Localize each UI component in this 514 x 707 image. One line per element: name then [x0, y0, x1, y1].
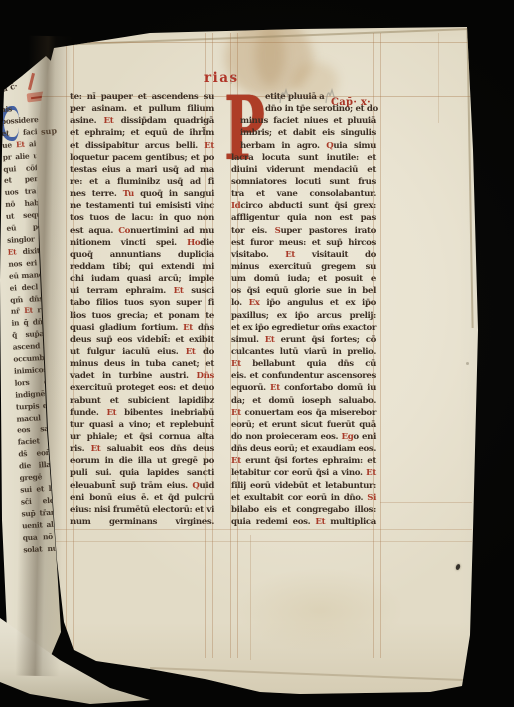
- ruling-line: [250, 535, 251, 660]
- text-line: re: et a fluminibz usq̄ ad fi: [70, 176, 214, 188]
- rubric-mark: Et: [174, 286, 184, 296]
- text-line: herbam in agro. Quia simu: [231, 140, 376, 152]
- text-line: quasi gladium fortium. Et dn̄s: [70, 322, 214, 334]
- rubric-mark: Et: [91, 444, 101, 454]
- text-line: culcantes lutū viarū in prelio.: [231, 346, 376, 358]
- text-line: etite pluuiā a: [231, 91, 376, 103]
- text-line: nes terre. Tu quoq̄ in sangui: [70, 188, 214, 200]
- text-line: ur phiale; et q̄si cornua alta: [70, 431, 214, 443]
- text-line: reddam tibi; qui extendi mi: [70, 261, 214, 273]
- text-line: Et erunt q̄si fortes ephraim: et: [231, 455, 376, 467]
- text-line: te: nī pauper et ascendens su: [70, 91, 214, 103]
- text-line: da; et domū ioseph saluabo.: [231, 395, 376, 407]
- rubric-mark: Et: [16, 139, 25, 148]
- text-line: asine. Et dissip̄dam quadrigā: [70, 115, 214, 127]
- rubric-mark: S: [275, 226, 281, 236]
- rubric-mark: Et: [285, 250, 295, 260]
- text-line: minus exercituū gregem su: [231, 261, 376, 273]
- text-line: ne testamenti tui emisisti vinc: [70, 200, 214, 212]
- rubric-mark: Et: [106, 408, 116, 418]
- text-line: minus deus in tuba canet; et: [70, 358, 214, 370]
- rubric-mark: Q: [326, 141, 333, 151]
- text-line: puli sui. quia lapides sancti: [70, 467, 214, 479]
- text-line: et ephraim; et equū de ihrl̄m: [70, 127, 214, 139]
- manuscript-photo: a ĉ· nis possidere iū et faciam ue Et ai…: [0, 0, 514, 707]
- rubric-mark: Et: [270, 383, 280, 393]
- text-line: tos tuos de lacu: in quo non: [70, 212, 214, 224]
- text-line: tra et vane consolabantur.: [231, 188, 376, 200]
- text-column-left: te: nī pauper et ascendens super asinam.…: [70, 91, 214, 528]
- text-line: Et conuertam eos q̄a miserebor: [231, 407, 376, 419]
- text-line: et dissipabitur arcus belli. Et: [70, 140, 214, 152]
- rubric-mark: Tu: [123, 189, 134, 199]
- rubric-mark: Id: [231, 201, 240, 211]
- text-line: eius: nisi frumētū electorū: et vi: [70, 504, 214, 516]
- text-line: Et bellabunt quia dn̄s cū: [231, 358, 376, 370]
- text-line: quia redemi eos. Et multiplica: [231, 516, 376, 528]
- rubric-mark: Si: [367, 493, 376, 503]
- text-line: per asinam. et pullum filium: [70, 103, 214, 115]
- text-line: eorū; et erunt sicut fuerūt quā: [231, 419, 376, 431]
- ruling-line: [438, 33, 439, 123]
- rubric-mark: Et: [366, 468, 376, 478]
- text-line: eis. et confundentur ascensores: [231, 370, 376, 382]
- rubric-mark: Et: [315, 517, 325, 527]
- text-line: chi iudam quasi arcū; imple: [70, 273, 214, 285]
- text-line: rabunt et subicient lapidibz: [70, 395, 214, 407]
- rubric-mark: Q: [192, 481, 199, 491]
- text-line: deus sup̄ eos videbit̄: et exibit: [70, 334, 214, 346]
- page-right-edge: [466, 28, 473, 328]
- page-bottom-edge: [150, 667, 470, 681]
- manuscript-page: rias sup P Cap̄· x· te: nī pauper et asc…: [0, 0, 514, 707]
- ruling-line: [380, 33, 381, 658]
- rubric-mark: Dn̄s: [197, 371, 215, 381]
- text-line: nitionem vincti spei. Hodie: [70, 237, 214, 249]
- rubric-mark: Ex: [249, 298, 260, 308]
- text-line: num germinans virgines.: [70, 516, 214, 528]
- text-line: eleuabunt̄ sup̄ trām eius. Quid: [70, 480, 214, 492]
- text-line: do non proieceram eos. Ego eni: [231, 431, 376, 443]
- text-line: ui terram ephraim. Et susci: [70, 285, 214, 297]
- text-line: dn̄s deus eorū; et exaudiam eos.: [231, 443, 376, 455]
- wormhole-speck: [455, 563, 461, 570]
- text-line: et exultabit cor eorū in dn̄o. Si: [231, 492, 376, 504]
- text-line: imbris; et dabit eis singulis: [231, 127, 376, 139]
- text-line: tur quasi a vino; et replebunt̄: [70, 419, 214, 431]
- text-line: paxillus; ex ip̄o arcus prelij:: [231, 310, 376, 322]
- text-line: visitabo. Et visitauit do: [231, 249, 376, 261]
- text-line: ut fulgur iaculū eius. Et do: [70, 346, 214, 358]
- text-line: diuini viderunt mendaciū et: [231, 164, 376, 176]
- text-line: testas eius a mari usq̄ ad ma: [70, 164, 214, 176]
- ruling-line: [48, 541, 472, 542]
- text-line: eorum in die illa ut gregē po: [70, 455, 214, 467]
- text-line: loquetur pacem gentibus; et po: [70, 152, 214, 164]
- text-line: simul. Et erunt q̄si fortes; cō: [231, 334, 376, 346]
- rubric-mark: Eg: [342, 432, 354, 442]
- text-line: tabo filios tuos syon super fi: [70, 297, 214, 309]
- text-line: lacra locuta sunt inutile: et: [231, 152, 376, 164]
- text-line: minus faciet niues et pluuiā: [231, 115, 376, 127]
- text-line: funde. Et bibentes inebriabū: [70, 407, 214, 419]
- rubric-mark: Et: [231, 456, 241, 466]
- text-line: ris. Et saluabit eos dn̄s deus: [70, 443, 214, 455]
- parchment-speck: [466, 362, 469, 365]
- text-line: eni bonū eius ē. et q̄d pulcrū: [70, 492, 214, 504]
- facing-page-corner-text: a ĉ·: [1, 80, 19, 93]
- rubric-mark: Et: [265, 335, 275, 345]
- rubric-mark: Et: [183, 323, 193, 333]
- text-line: est aqua. Conuertimini ad mu: [70, 225, 214, 237]
- rubric-mark: Et: [231, 359, 241, 369]
- text-line: dn̄o in tp̄e serotino; et do: [231, 103, 376, 115]
- text-line: um domū iuda; et posuit e: [231, 273, 376, 285]
- text-line: tor eis. Super pastores irato: [231, 225, 376, 237]
- text-line: filij eorū videbūt et letabuntur:: [231, 480, 376, 492]
- rubric-mark: Et: [231, 408, 241, 418]
- rubric-mark: Co: [118, 226, 130, 236]
- text-line: est furor meus: et sup̄ hircos: [231, 237, 376, 249]
- text-line: bilabo eis et congregabo illos:: [231, 504, 376, 516]
- text-line: letabitur cor eorū q̄si a vino. Et: [231, 467, 376, 479]
- ruling-line: [40, 42, 472, 43]
- text-line: lios tuos grecia; et ponam te: [70, 310, 214, 322]
- text-line: somniatores locuti sunt frus: [231, 176, 376, 188]
- text-line: affligentur quia non est pas: [231, 212, 376, 224]
- ruling-line: [380, 502, 472, 503]
- text-line: quoq̄ annuntians duplicia: [70, 249, 214, 261]
- text-line: exercituū proteget eos: et deuo: [70, 382, 214, 394]
- rubric-mark: Et: [204, 141, 214, 151]
- rubric-mark: Et: [186, 347, 196, 357]
- text-column-right: etite pluuiā adn̄o in tp̄e serotino; et …: [231, 91, 376, 528]
- text-line: os q̄si equū glorie sue in bel: [231, 285, 376, 297]
- text-line: Idcirco abducti sunt q̄si grex:: [231, 200, 376, 212]
- ruling-line: [48, 529, 472, 530]
- text-line: lo. Ex ip̄o angulus et ex ip̄o: [231, 297, 376, 309]
- text-line: equorū. Et confortabo domū iu: [231, 382, 376, 394]
- rubric-mark: Et: [8, 247, 17, 256]
- text-line: vadet in turbine austri. Dn̄s: [70, 370, 214, 382]
- rubric-mark: Et: [104, 116, 114, 126]
- text-line: et ex ip̄o egredietur om̄s exactor: [231, 322, 376, 334]
- rubric-mark: Ho: [187, 238, 200, 248]
